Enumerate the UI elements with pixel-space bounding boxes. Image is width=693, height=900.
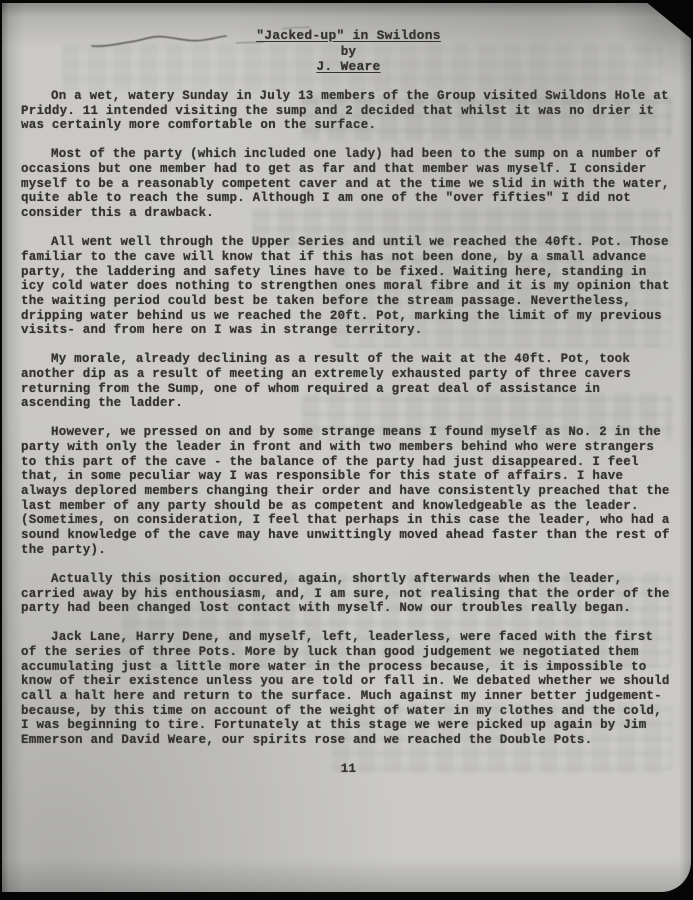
paragraph: Jack Lane, Harry Dene, and myself, left,…: [21, 630, 676, 747]
paragraph: All went well through the Upper Series a…: [21, 235, 676, 338]
paragraph: However, we pressed on and by some stran…: [21, 425, 676, 557]
byline: by: [21, 45, 676, 60]
author-name: J. Weare: [316, 60, 380, 75]
paragraph: On a wet, watery Sunday in July 13 membe…: [21, 89, 676, 133]
paragraph: Actually this position occured, again, s…: [21, 572, 676, 616]
paper-sheet: "Jacked-up" in Swildons by J. Weare On a…: [2, 3, 691, 892]
article-body: On a wet, watery Sunday in July 13 membe…: [21, 89, 676, 748]
paragraph: My morale, already declining as a result…: [21, 352, 676, 411]
title-block: "Jacked-up" in Swildons by J. Weare: [21, 29, 676, 75]
scanned-page: "Jacked-up" in Swildons by J. Weare On a…: [0, 0, 693, 900]
page-number: 11: [21, 762, 676, 777]
page-title: "Jacked-up" in Swildons: [256, 28, 441, 43]
paragraph: Most of the party (which included one la…: [21, 147, 676, 220]
typewritten-content: "Jacked-up" in Swildons by J. Weare On a…: [21, 3, 676, 777]
